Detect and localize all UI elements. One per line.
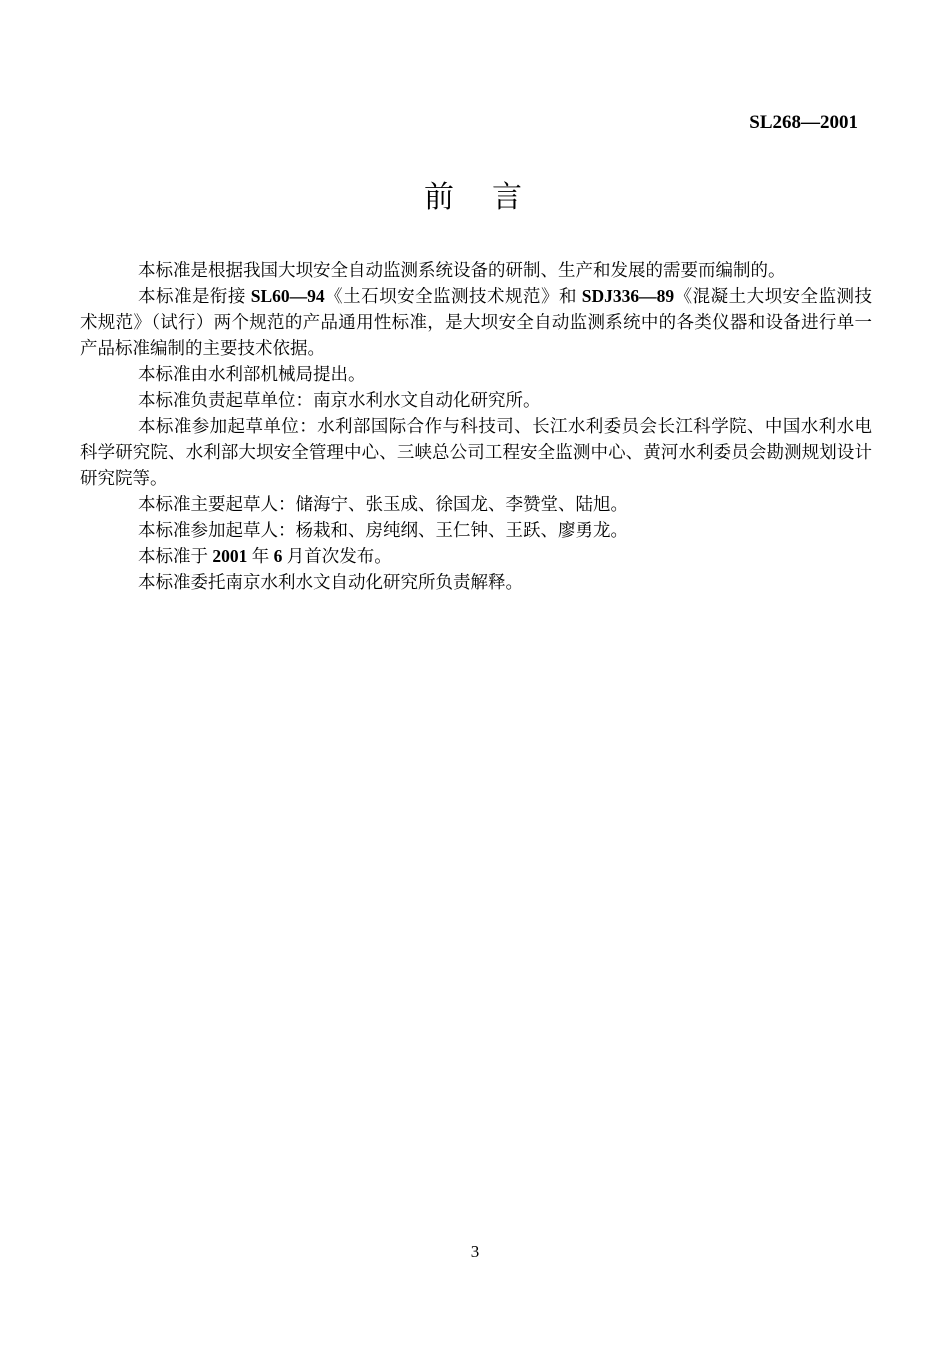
bold-run: SL60—94 xyxy=(251,286,325,306)
text-run: 本标准参加起草人：杨栽和、房纯纲、王仁钟、王跃、廖勇龙。 xyxy=(138,520,628,540)
paragraph: 本标准参加起草人：杨栽和、房纯纲、王仁钟、王跃、廖勇龙。 xyxy=(80,517,872,543)
paragraph: 本标准于 2001 年 6 月首次发布。 xyxy=(80,543,872,569)
text-run: 本标准负责起草单位：南京水利水文自动化研究所。 xyxy=(138,390,541,410)
page-number: 3 xyxy=(0,1242,950,1262)
text-run: 年 xyxy=(247,546,273,566)
text-run: 本标准参加起草单位：水利部国际合作与科技司、长江水利委员会长江科学院、中国水利水… xyxy=(80,416,872,488)
text-run: 本标准委托南京水利水文自动化研究所负责解释。 xyxy=(138,572,523,592)
text-run: 月首次发布。 xyxy=(282,546,391,566)
text-run: 《土石坝安全监测技术规范》和 xyxy=(325,286,582,306)
paragraph: 本标准是衔接 SL60—94《土石坝安全监测技术规范》和 SDJ336—89《混… xyxy=(80,283,872,361)
text-run: 本标准是衔接 xyxy=(138,286,251,306)
document-page: SL268—2001 前 言 本标准是根据我国大坝安全自动监测系统设备的研制、生… xyxy=(0,0,950,1345)
paragraph: 本标准由水利部机械局提出。 xyxy=(80,361,872,387)
paragraph: 本标准负责起草单位：南京水利水文自动化研究所。 xyxy=(80,387,872,413)
page-title: 前 言 xyxy=(0,181,950,215)
bold-run: SDJ336—89 xyxy=(582,286,674,306)
paragraph: 本标准是根据我国大坝安全自动监测系统设备的研制、生产和发展的需要而编制的。 xyxy=(80,257,872,283)
text-run: 本标准于 xyxy=(138,546,212,566)
paragraph: 本标准参加起草单位：水利部国际合作与科技司、长江水利委员会长江科学院、中国水利水… xyxy=(80,413,872,491)
paragraph: 本标准委托南京水利水文自动化研究所负责解释。 xyxy=(80,569,872,595)
text-run: 本标准是根据我国大坝安全自动监测系统设备的研制、生产和发展的需要而编制的。 xyxy=(138,260,786,280)
paragraph: 本标准主要起草人：储海宁、张玉成、徐国龙、李赞堂、陆旭。 xyxy=(80,491,872,517)
text-run: 本标准由水利部机械局提出。 xyxy=(138,364,366,384)
text-run: 本标准主要起草人：储海宁、张玉成、徐国龙、李赞堂、陆旭。 xyxy=(138,494,628,514)
bold-run: 2001 xyxy=(212,546,247,566)
document-code: SL268—2001 xyxy=(749,112,858,134)
document-body: 本标准是根据我国大坝安全自动监测系统设备的研制、生产和发展的需要而编制的。本标准… xyxy=(80,257,872,595)
